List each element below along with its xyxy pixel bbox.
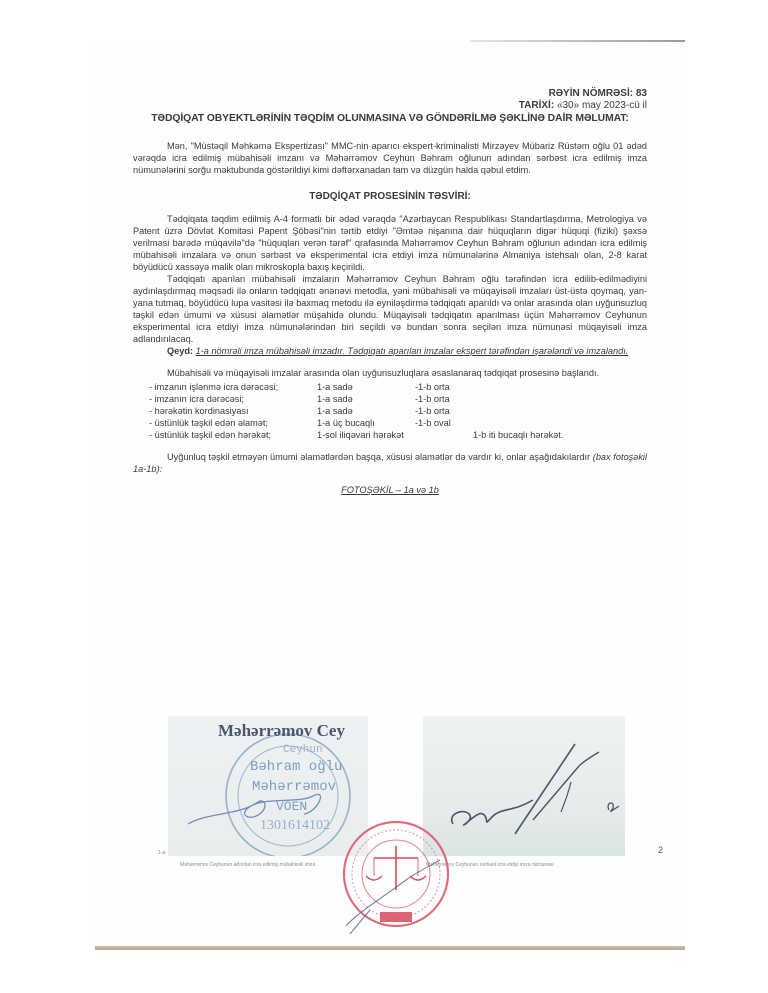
comparison-row: - üstünlük təşkil edən hərəkət;1-sol ili… xyxy=(149,429,647,441)
svg-text:1301614102: 1301614102 xyxy=(260,818,330,833)
figure-title: FOTOŞƏKİL – 1a və 1b xyxy=(133,484,647,496)
date-label: TARİXİ: xyxy=(519,100,554,111)
photo-figure: Məhərrəmov Cey Ceyhun Bəhram oğlu Məhərr… xyxy=(168,716,625,856)
comparison-row: - üstünlük təşkil edən əlamət;1-a üç buc… xyxy=(149,417,647,429)
figure-label-1a: 1-a xyxy=(158,850,165,856)
comparison-value-1a: 1-sol iliqəvari hərəkət xyxy=(317,429,473,441)
comparison-value-1b: -1-b orta xyxy=(415,381,450,393)
comparison-value-1b: -1-b orta xyxy=(415,393,450,405)
svg-text:Məhərrəmov: Məhərrəmov xyxy=(252,779,336,795)
note-text: 1-a nömrəli imza mübahisəli imzadır. Təd… xyxy=(196,346,629,356)
svg-text:Bəhram oğlu: Bəhram oğlu xyxy=(250,759,342,775)
opinion-number-label: RƏYİN NÖMRƏSİ: xyxy=(549,88,634,99)
comparison-row: - hərəkətin kordinasiyası1-a sadə-1-b or… xyxy=(149,405,647,417)
note-paragraph: Qeyd: 1-a nömrəli imza mübahisəli imzadı… xyxy=(133,345,647,357)
process-heading: TƏDQİQAT PROSESİNİN TƏSVİRİ: xyxy=(133,191,647,203)
comparison-feature: - üstünlük təşkil edən əlamət; xyxy=(149,417,317,429)
opinion-number: RƏYİN NÖMRƏSİ: 83 xyxy=(133,88,647,100)
comparison-feature: - üstünlük təşkil edən hərəkət; xyxy=(149,429,317,441)
svg-text:VÖEN: VÖEN xyxy=(276,799,307,814)
comparison-list: - imzanın işlənmə icra dərəcəsi;1-a sadə… xyxy=(149,381,647,441)
note-label: Qeyd: xyxy=(167,346,193,356)
comparison-value-1b: -1-b orta xyxy=(415,405,450,417)
photo-left-caption: Məhərrəmov Ceyhunun adından icra edilmiş… xyxy=(180,862,315,868)
comparison-value-1a: 1-a sadə xyxy=(317,405,415,417)
comparison-value-1a: 1-a sadə xyxy=(317,381,415,393)
date-value: «30» may 2023-cü il xyxy=(557,100,647,111)
comparison-value-1b: -1-b oval xyxy=(415,417,451,429)
comparison-row: - imzanın icra dərəcəsi;1-a sadə-1-b ort… xyxy=(149,393,647,405)
document-body: RƏYİN NÖMRƏSİ: 83 TARİXİ: «30» may 2023-… xyxy=(95,40,685,948)
svg-text:Məhərrəmov Cey: Məhərrəmov Cey xyxy=(218,721,345,740)
document-content: RƏYİN NÖMRƏSİ: 83 TARİXİ: «30» may 2023-… xyxy=(133,88,647,496)
comparison-paragraph: Mübahisəli və müqayisəli imzalar arasınd… xyxy=(133,367,647,379)
red-stamp-icon xyxy=(336,814,456,934)
comparison-feature: - imzanın icra dərəcəsi; xyxy=(149,393,317,405)
photo-right-caption: Məhərrəmov Ceyhunun sərbəst icra etdiyi … xyxy=(426,862,554,868)
svg-text:Ceyhun: Ceyhun xyxy=(283,744,323,756)
comparison-feature: - hərəkətin kordinasiyası xyxy=(149,405,317,417)
comparison-row: - imzanın işlənmə icra dərəcəsi;1-a sadə… xyxy=(149,381,647,393)
document-title: TƏDQİQAT OBYEKTLƏRİNİN TƏQDİM OLUNMASINA… xyxy=(133,113,647,126)
comparison-value-1a: 1-a üç bucaqlı xyxy=(317,417,415,429)
opinion-number-value: 83 xyxy=(636,88,647,99)
intro-paragraph: Mən, "Müstəqil Məhkəmə Ekspertizası" MMC… xyxy=(133,140,647,176)
process-paragraph-2: Tədqiqatı aparılan mübahisəli imzaların … xyxy=(133,273,647,345)
opinion-date: TARİXİ: «30» may 2023-cü il xyxy=(133,100,647,112)
page-number: 2 xyxy=(658,845,663,855)
comparison-feature: - imzanın işlənmə icra dərəcəsi; xyxy=(149,381,317,393)
process-paragraph-1: Tədqiqata təqdim edilmiş A-4 formatlı bi… xyxy=(133,213,647,273)
special-features-paragraph: Uyğunluq təşkil etməyən ümumi əlamətlərd… xyxy=(133,451,647,475)
comparison-value-1b: 1-b iti bucaqlı hərəkət. xyxy=(473,429,563,441)
comparison-value-1a: 1-a sadə xyxy=(317,393,415,405)
special-features-text: Uyğunluq təşkil etməyən ümumi əlamətlərd… xyxy=(167,452,590,462)
